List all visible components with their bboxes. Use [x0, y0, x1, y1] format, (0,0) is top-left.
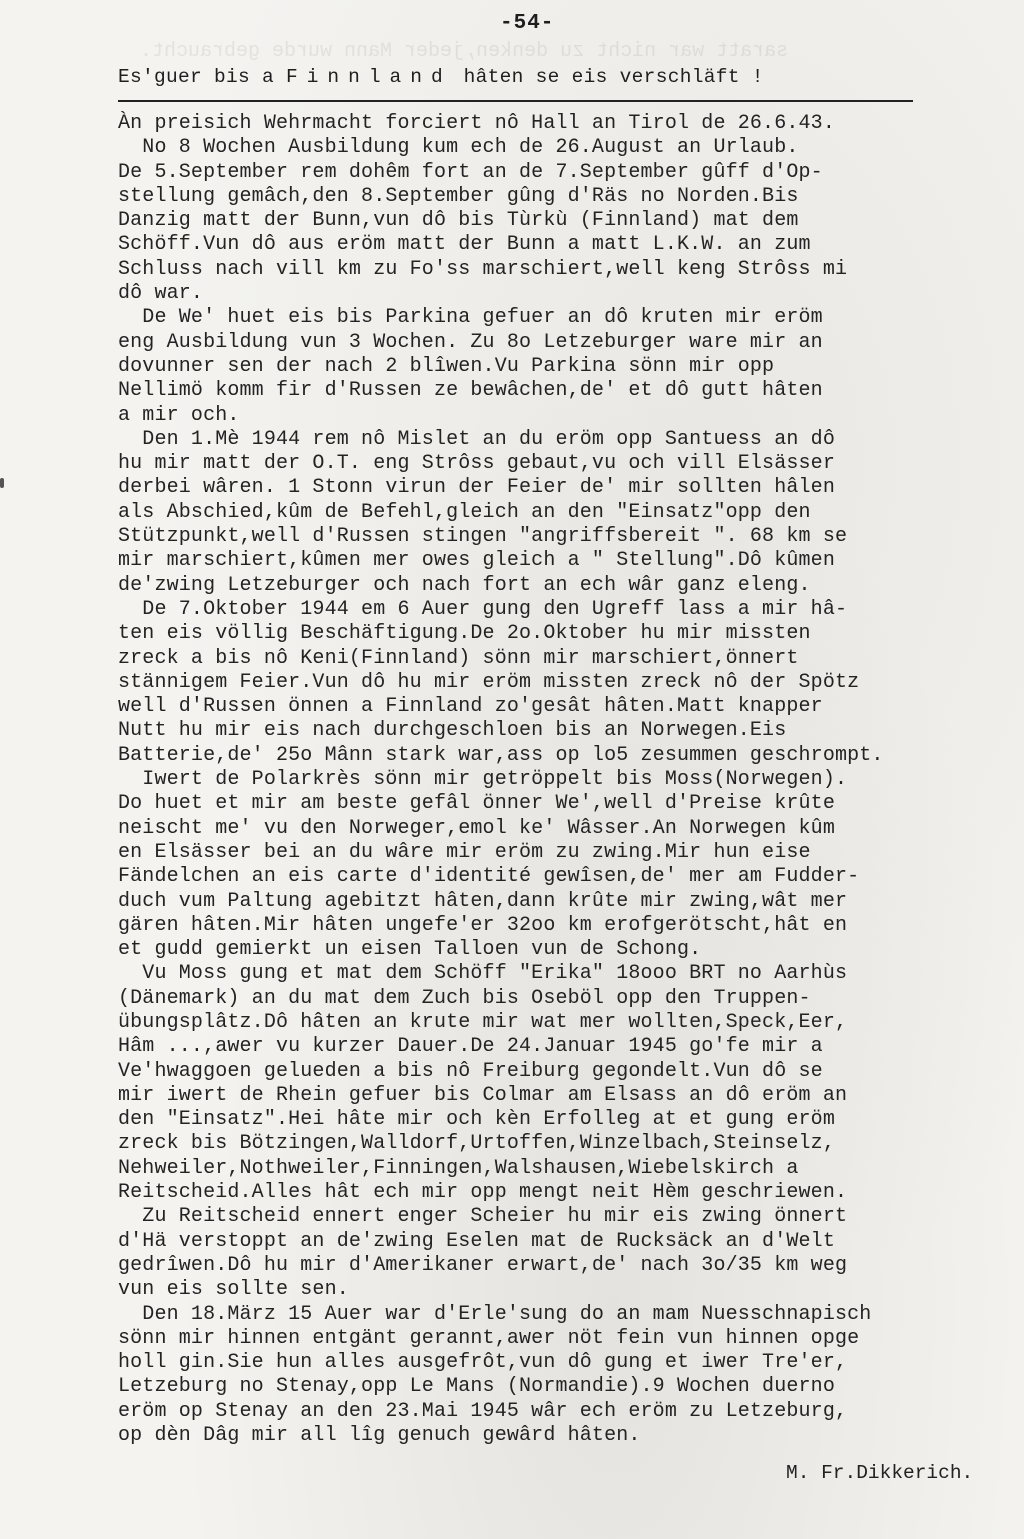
- text-line: Den 18.März 15 Auer war d'Erle'sung do a…: [118, 1303, 1018, 1327]
- title-underline-rule: [118, 100, 913, 102]
- text-line: zreck a bis nô Keni(Finnland) sönn mir m…: [118, 647, 1018, 671]
- text-line: übungsplâtz.Dô hâten an krute mir wat me…: [118, 1011, 1018, 1035]
- text-line: stännigem Feier.Vun dô hu mir eröm misst…: [118, 671, 1018, 695]
- text-line: hu mir matt der O.T. eng Strôss gebaut,v…: [118, 452, 1018, 476]
- text-line: gären hâten.Mir hâten ungefe'er 32oo km …: [118, 914, 1018, 938]
- text-line: Vu Moss gung et mat dem Schöff "Erika" 1…: [118, 962, 1018, 986]
- page-number: -54-: [500, 12, 554, 35]
- text-line: Hâm ...,awer vu kurzer Dauer.De 24.Janua…: [118, 1035, 1018, 1059]
- text-line: Letzeburg no Stenay,opp Le Mans (Normand…: [118, 1375, 1018, 1399]
- text-line: De 5.September rem dohêm fort an de 7.Se…: [118, 161, 1018, 185]
- text-line: d'Hä verstoppt an de'zwing Eselen mat de…: [118, 1230, 1018, 1254]
- text-line: dô war.: [118, 282, 1018, 306]
- text-line: zreck bis Bötzingen,Walldorf,Urtoffen,Wi…: [118, 1132, 1018, 1156]
- text-line: Batterie,de' 25o Mânn stark war,ass op l…: [118, 744, 1018, 768]
- text-line: Zu Reitscheid ennert enger Scheier hu mi…: [118, 1205, 1018, 1229]
- text-line: Fändelchen an eis carte d'identité gewîs…: [118, 865, 1018, 889]
- text-line: sönn mir hinnen entgänt gerannt,awer nöt…: [118, 1327, 1018, 1351]
- text-line: Stützpunkt,well d'Russen stingen "angrif…: [118, 525, 1018, 549]
- author-signature: M. Fr.Dikkerich.: [786, 1462, 973, 1484]
- text-line: well d'Russen önnen a Finnland zo'gesât …: [118, 695, 1018, 719]
- text-line: den "Einsatz".Hei hâte mir och kèn Erfol…: [118, 1108, 1018, 1132]
- text-line: holl gin.Sie hun alles ausgefrôt,vun dô …: [118, 1351, 1018, 1375]
- text-line: De We' huet eis bis Parkina gefuer an dô…: [118, 306, 1018, 330]
- text-line: De 7.Oktober 1944 em 6 Auer gung den Ugr…: [118, 598, 1018, 622]
- title-suffix: hâten se eis verschläft !: [452, 66, 764, 88]
- text-line: Reitscheid.Alles hât ech mir opp mengt n…: [118, 1181, 1018, 1205]
- title-spaced-word: Finnland: [286, 66, 452, 88]
- text-line: vun eis sollte sen.: [118, 1278, 1018, 1302]
- text-line: neischt me' vu den Norweger,emol ke' Wâs…: [118, 817, 1018, 841]
- text-line: (Dänemark) an du mat dem Zuch bis Oseböl…: [118, 987, 1018, 1011]
- text-line: stellung gemâch,den 8.September gûng d'R…: [118, 185, 1018, 209]
- text-line: mir iwert de Rhein gefuer bis Colmar am …: [118, 1084, 1018, 1108]
- text-line: ten eis völlig Beschäftigung.De 2o.Oktob…: [118, 622, 1018, 646]
- text-line: Nutt hu mir eis nach durchgeschloen bis …: [118, 719, 1018, 743]
- text-line: Schluss nach vill km zu Fo'ss marschiert…: [118, 258, 1018, 282]
- text-line: op dèn Dâg mir all lîg genuch gewârd hât…: [118, 1424, 1018, 1448]
- text-line: eröm op Stenay an den 23.Mai 1945 wâr ec…: [118, 1400, 1018, 1424]
- text-line: eng Ausbildung vun 3 Wochen. Zu 8o Letze…: [118, 331, 1018, 355]
- text-line: a mir och.: [118, 404, 1018, 428]
- text-line: Àn preisich Wehrmacht forciert nô Hall a…: [118, 112, 1018, 136]
- text-line: Nehweiler,Nothweiler,Finningen,Walshause…: [118, 1157, 1018, 1181]
- article-title: Es'guer bis a Finnland hâten se eis vers…: [118, 66, 764, 88]
- bleed-through-text: saratt war nicht zu denken,jeder Mann wu…: [140, 40, 788, 63]
- text-line: duch vum Paltung agebitzt hâten,dann krû…: [118, 890, 1018, 914]
- title-prefix: Es'guer bis a: [118, 66, 286, 88]
- text-line: Danzig matt der Bunn,vun dô bis Tùrkù (F…: [118, 209, 1018, 233]
- text-line: Nellimö komm fir d'Russen ze bewâchen,de…: [118, 379, 1018, 403]
- text-line: No 8 Wochen Ausbildung kum ech de 26.Aug…: [118, 136, 1018, 160]
- text-line: en Elsässer bei an du wâre mir eröm zu z…: [118, 841, 1018, 865]
- margin-punch-mark: [0, 478, 4, 488]
- text-line: als Abschied,kûm de Befehl,gleich an den…: [118, 501, 1018, 525]
- text-line: gedrîwen.Dô hu mir d'Amerikaner erwart,d…: [118, 1254, 1018, 1278]
- text-line: Iwert de Polarkrès sönn mir getröppelt b…: [118, 768, 1018, 792]
- text-line: dovunner sen der nach 2 blîwen.Vu Parkin…: [118, 355, 1018, 379]
- text-line: Schöff.Vun dô aus eröm matt der Bunn a m…: [118, 233, 1018, 257]
- text-line: Ve'hwaggoen gelueden a bis nô Freiburg g…: [118, 1060, 1018, 1084]
- text-line: Den 1.Mè 1944 rem nô Mislet an du eröm o…: [118, 428, 1018, 452]
- text-line: mir marschiert,kûmen mer owes gleich a "…: [118, 549, 1018, 573]
- body-text: Àn preisich Wehrmacht forciert nô Hall a…: [118, 112, 1018, 1448]
- document-page: saratt war nicht zu denken,jeder Mann wu…: [0, 0, 1024, 1539]
- text-line: et gudd gemierkt un eisen Talloen vun de…: [118, 938, 1018, 962]
- text-line: derbei wâren. 1 Stonn virun der Feier de…: [118, 476, 1018, 500]
- text-line: de'zwing Letzeburger och nach fort an ec…: [118, 574, 1018, 598]
- text-line: Do huet et mir am beste gefâl önner We',…: [118, 792, 1018, 816]
